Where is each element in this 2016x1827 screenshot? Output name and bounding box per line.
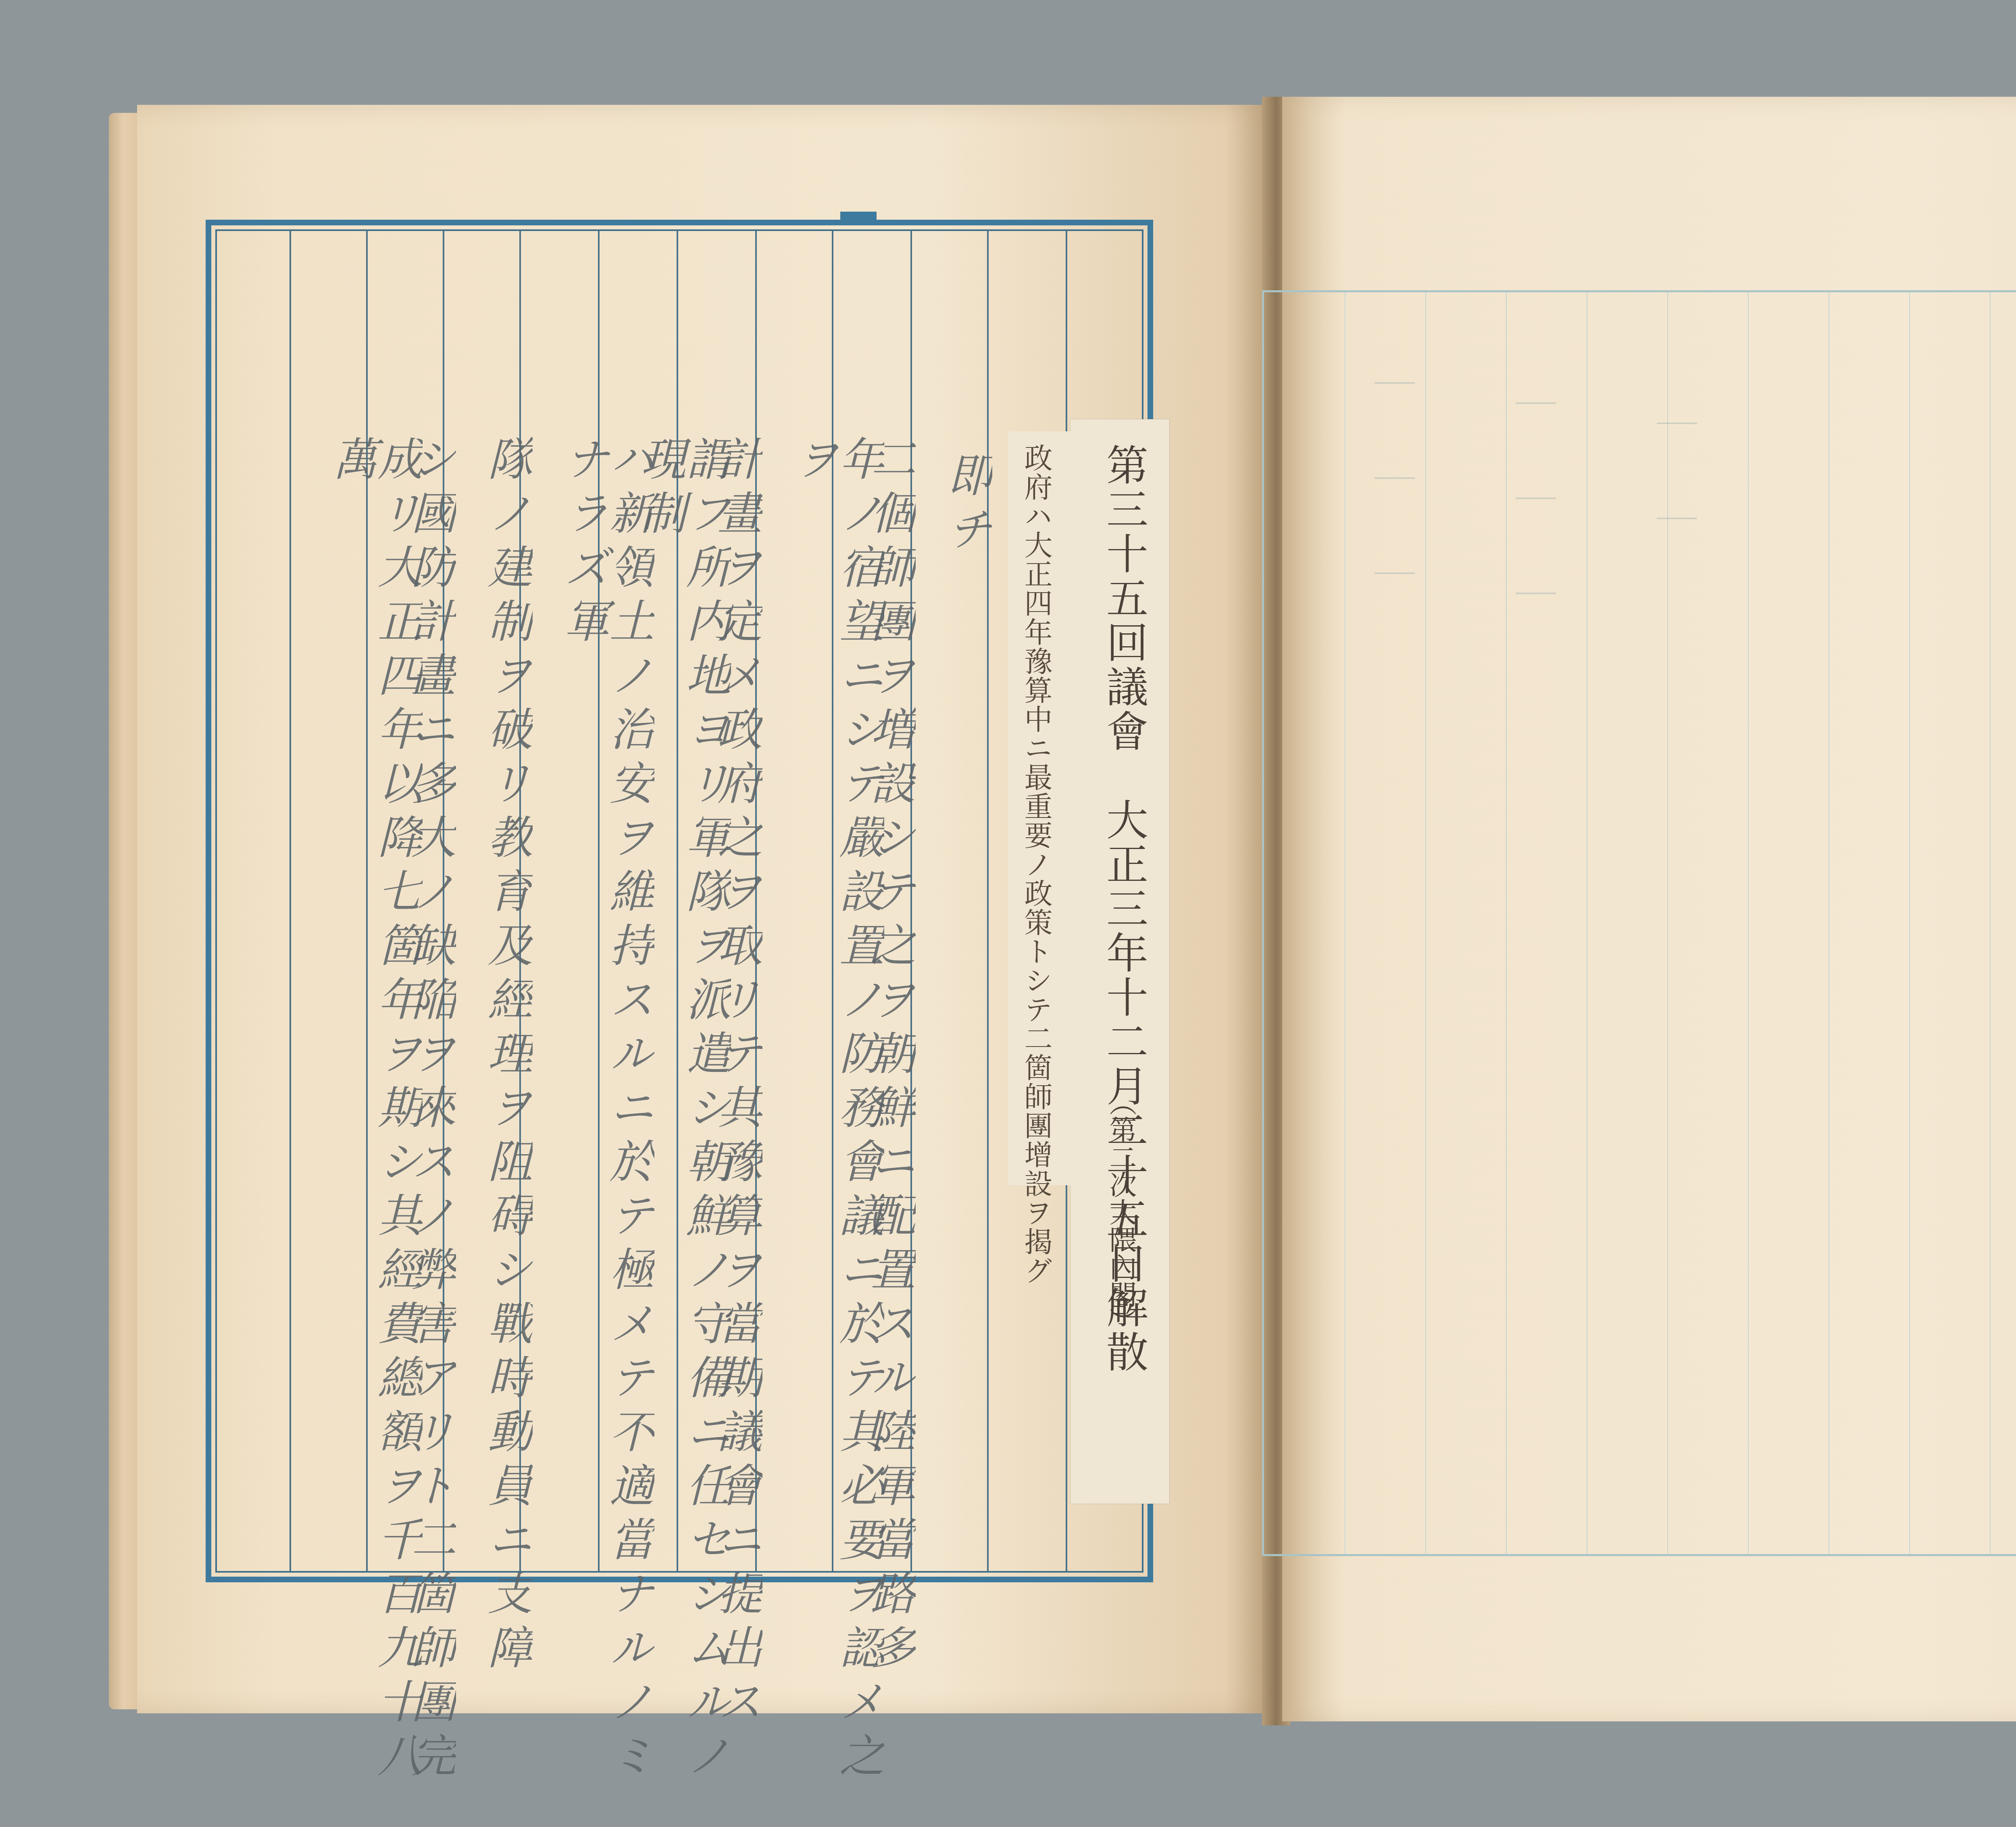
column-rule bbox=[1345, 292, 1345, 1554]
column-rule bbox=[1425, 292, 1426, 1554]
label-cabinet-note: （第二次大隈內閣） bbox=[1107, 1088, 1134, 1335]
bleed-through-mark: ｜ ｜ bbox=[1653, 403, 1693, 1451]
handwritten-column-9: 成リ大正四年以降七箇年ヲ期シ其經費總額ヲ千百九十八萬 bbox=[329, 435, 419, 1827]
handwritten-column-6: ハ新領土ノ治安ヲ維持スルニ於テ極メテ不適當ナルノミナラズ軍 bbox=[560, 435, 651, 1827]
label-subtitle: 政府ハ大正四年豫算中ニ最重要ノ政策トシテ二箇師團增設ヲ揭グ bbox=[1022, 443, 1050, 1285]
bleed-through-mark: ｜ ｜ ｜ bbox=[1512, 383, 1552, 1431]
column-rule bbox=[1506, 292, 1507, 1554]
handwritten-column-7: 隊ノ建制ヲ破リ教育及經理ヲ阻碍シ戰時動員ニ支障 bbox=[484, 435, 529, 1678]
frame-center-mark bbox=[840, 212, 877, 222]
column-rule bbox=[289, 231, 291, 1571]
column-rule bbox=[987, 231, 989, 1571]
column-rule bbox=[1990, 292, 1991, 1554]
bleed-through-mark: ｜ ｜ ｜ bbox=[1371, 363, 1411, 1411]
handwritten-column-1: 即チ bbox=[943, 452, 989, 560]
column-rule bbox=[1748, 292, 1749, 1554]
handwritten-column-3: 年ノ宿望ニシテ嚴設置ノ防務會議ニ於テ其必要ヲ認メ之ヲ bbox=[790, 435, 881, 1827]
column-rule bbox=[1909, 292, 1910, 1554]
column-rule bbox=[1829, 292, 1829, 1554]
column-rule bbox=[1587, 292, 1587, 1554]
